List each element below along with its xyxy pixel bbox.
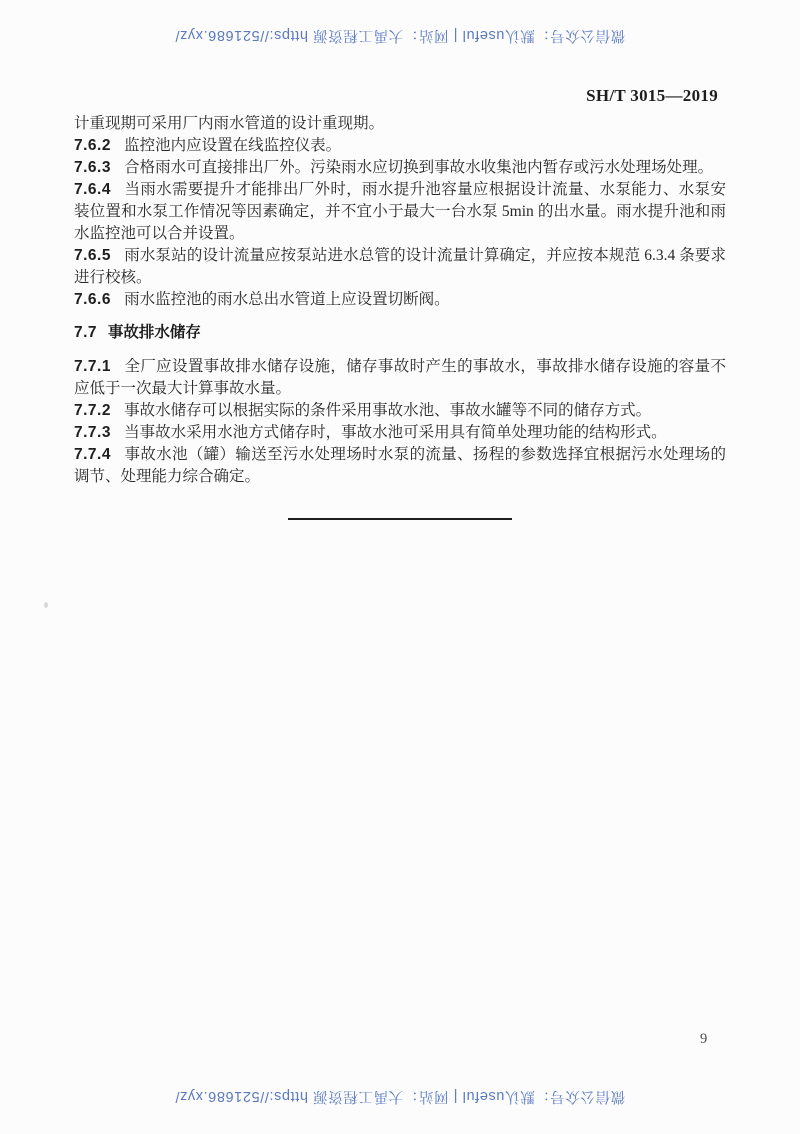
clause-number: 7.7.4: [74, 446, 111, 463]
clause-7-6-2: 7.6.2监控池内应设置在线监控仪表。: [74, 135, 726, 157]
clause-text: 当事故水采用水池方式储存时，事故水池可采用具有简单处理功能的结构形式。: [124, 424, 667, 441]
clause-7-7-2: 7.7.2事故水储存可以根据实际的条件采用事故水池、事故水罐等不同的储存方式。: [74, 400, 726, 422]
paragraph-continuation: 计重现期可采用厂内雨水管道的设计重现期。: [74, 113, 726, 135]
clause-7-7-3: 7.7.3当事故水采用水池方式储存时，事故水池可采用具有简单处理功能的结构形式。: [74, 422, 726, 444]
clause-7-6-3: 7.6.3合格雨水可直接排出厂外。污染雨水应切换到事故水收集池内暂存或污水处理场…: [74, 157, 726, 179]
watermark-top: 微信公众号：默认useful | 网站：大禹工程资源 https://52168…: [0, 26, 800, 47]
clause-text: 雨水监控池的雨水总出水管道上应设置切断阀。: [124, 291, 450, 308]
section-heading-7-7: 7.7事故排水储存: [74, 322, 726, 344]
clause-7-6-5: 7.6.5雨水泵站的设计流量应按泵站进水总管的设计流量计算确定，并应按本规范 6…: [74, 245, 726, 289]
clause-text: 监控池内应设置在线监控仪表。: [124, 137, 341, 154]
clause-text: 全厂应设置事故排水储存设施，储存事故时产生的事故水，事故排水储存设施的容量不应低…: [74, 358, 726, 397]
clause-7-7-4: 7.7.4事故水池（罐）输送至污水处理场时水泵的流量、扬程的参数选择宜根据污水处…: [74, 444, 726, 488]
clause-7-6-6: 7.6.6雨水监控池的雨水总出水管道上应设置切断阀。: [74, 289, 726, 311]
clause-7-6-4: 7.6.4当雨水需要提升才能排出厂外时，雨水提升池容量应根据设计流量、水泵能力、…: [74, 179, 726, 245]
page-number: 9: [700, 1031, 707, 1048]
clause-text: 合格雨水可直接排出厂外。污染雨水应切换到事故水收集池内暂存或污水处理场处理。: [124, 159, 713, 176]
clause-number: 7.6.4: [74, 181, 111, 198]
clause-text: 雨水泵站的设计流量应按泵站进水总管的设计流量计算确定，并应按本规范 6.3.4 …: [74, 247, 726, 286]
section-title: 事故排水储存: [108, 324, 201, 341]
clause-number: 7.7.3: [74, 424, 111, 441]
page-body: 计重现期可采用厂内雨水管道的设计重现期。 7.6.2监控池内应设置在线监控仪表。…: [74, 113, 726, 520]
clause-number: 7.7.2: [74, 402, 111, 419]
document-end-rule: [288, 518, 512, 520]
section-number: 7.7: [74, 324, 97, 341]
clause-text: 事故水储存可以根据实际的条件采用事故水池、事故水罐等不同的储存方式。: [124, 402, 651, 419]
clause-text: 当雨水需要提升才能排出厂外时，雨水提升池容量应根据设计流量、水泵能力、水泵安装位…: [74, 181, 726, 242]
clause-number: 7.6.2: [74, 137, 111, 154]
clause-number: 7.7.1: [74, 358, 111, 375]
scan-artifact-speck: [44, 602, 48, 608]
clause-7-7-1: 7.7.1全厂应设置事故排水储存设施，储存事故时产生的事故水，事故排水储存设施的…: [74, 356, 726, 400]
clause-number: 7.6.3: [74, 159, 111, 176]
watermark-bottom: 微信公众号：默认useful | 网站：大禹工程资源 https://52168…: [0, 1087, 800, 1108]
clause-text: 事故水池（罐）输送至污水处理场时水泵的流量、扬程的参数选择宜根据污水处理场的调节…: [74, 446, 726, 485]
clause-text: 计重现期可采用厂内雨水管道的设计重现期。: [74, 115, 384, 132]
clause-number: 7.6.6: [74, 291, 111, 308]
document-code: SH/T 3015—2019: [586, 86, 718, 106]
clause-number: 7.6.5: [74, 247, 111, 264]
